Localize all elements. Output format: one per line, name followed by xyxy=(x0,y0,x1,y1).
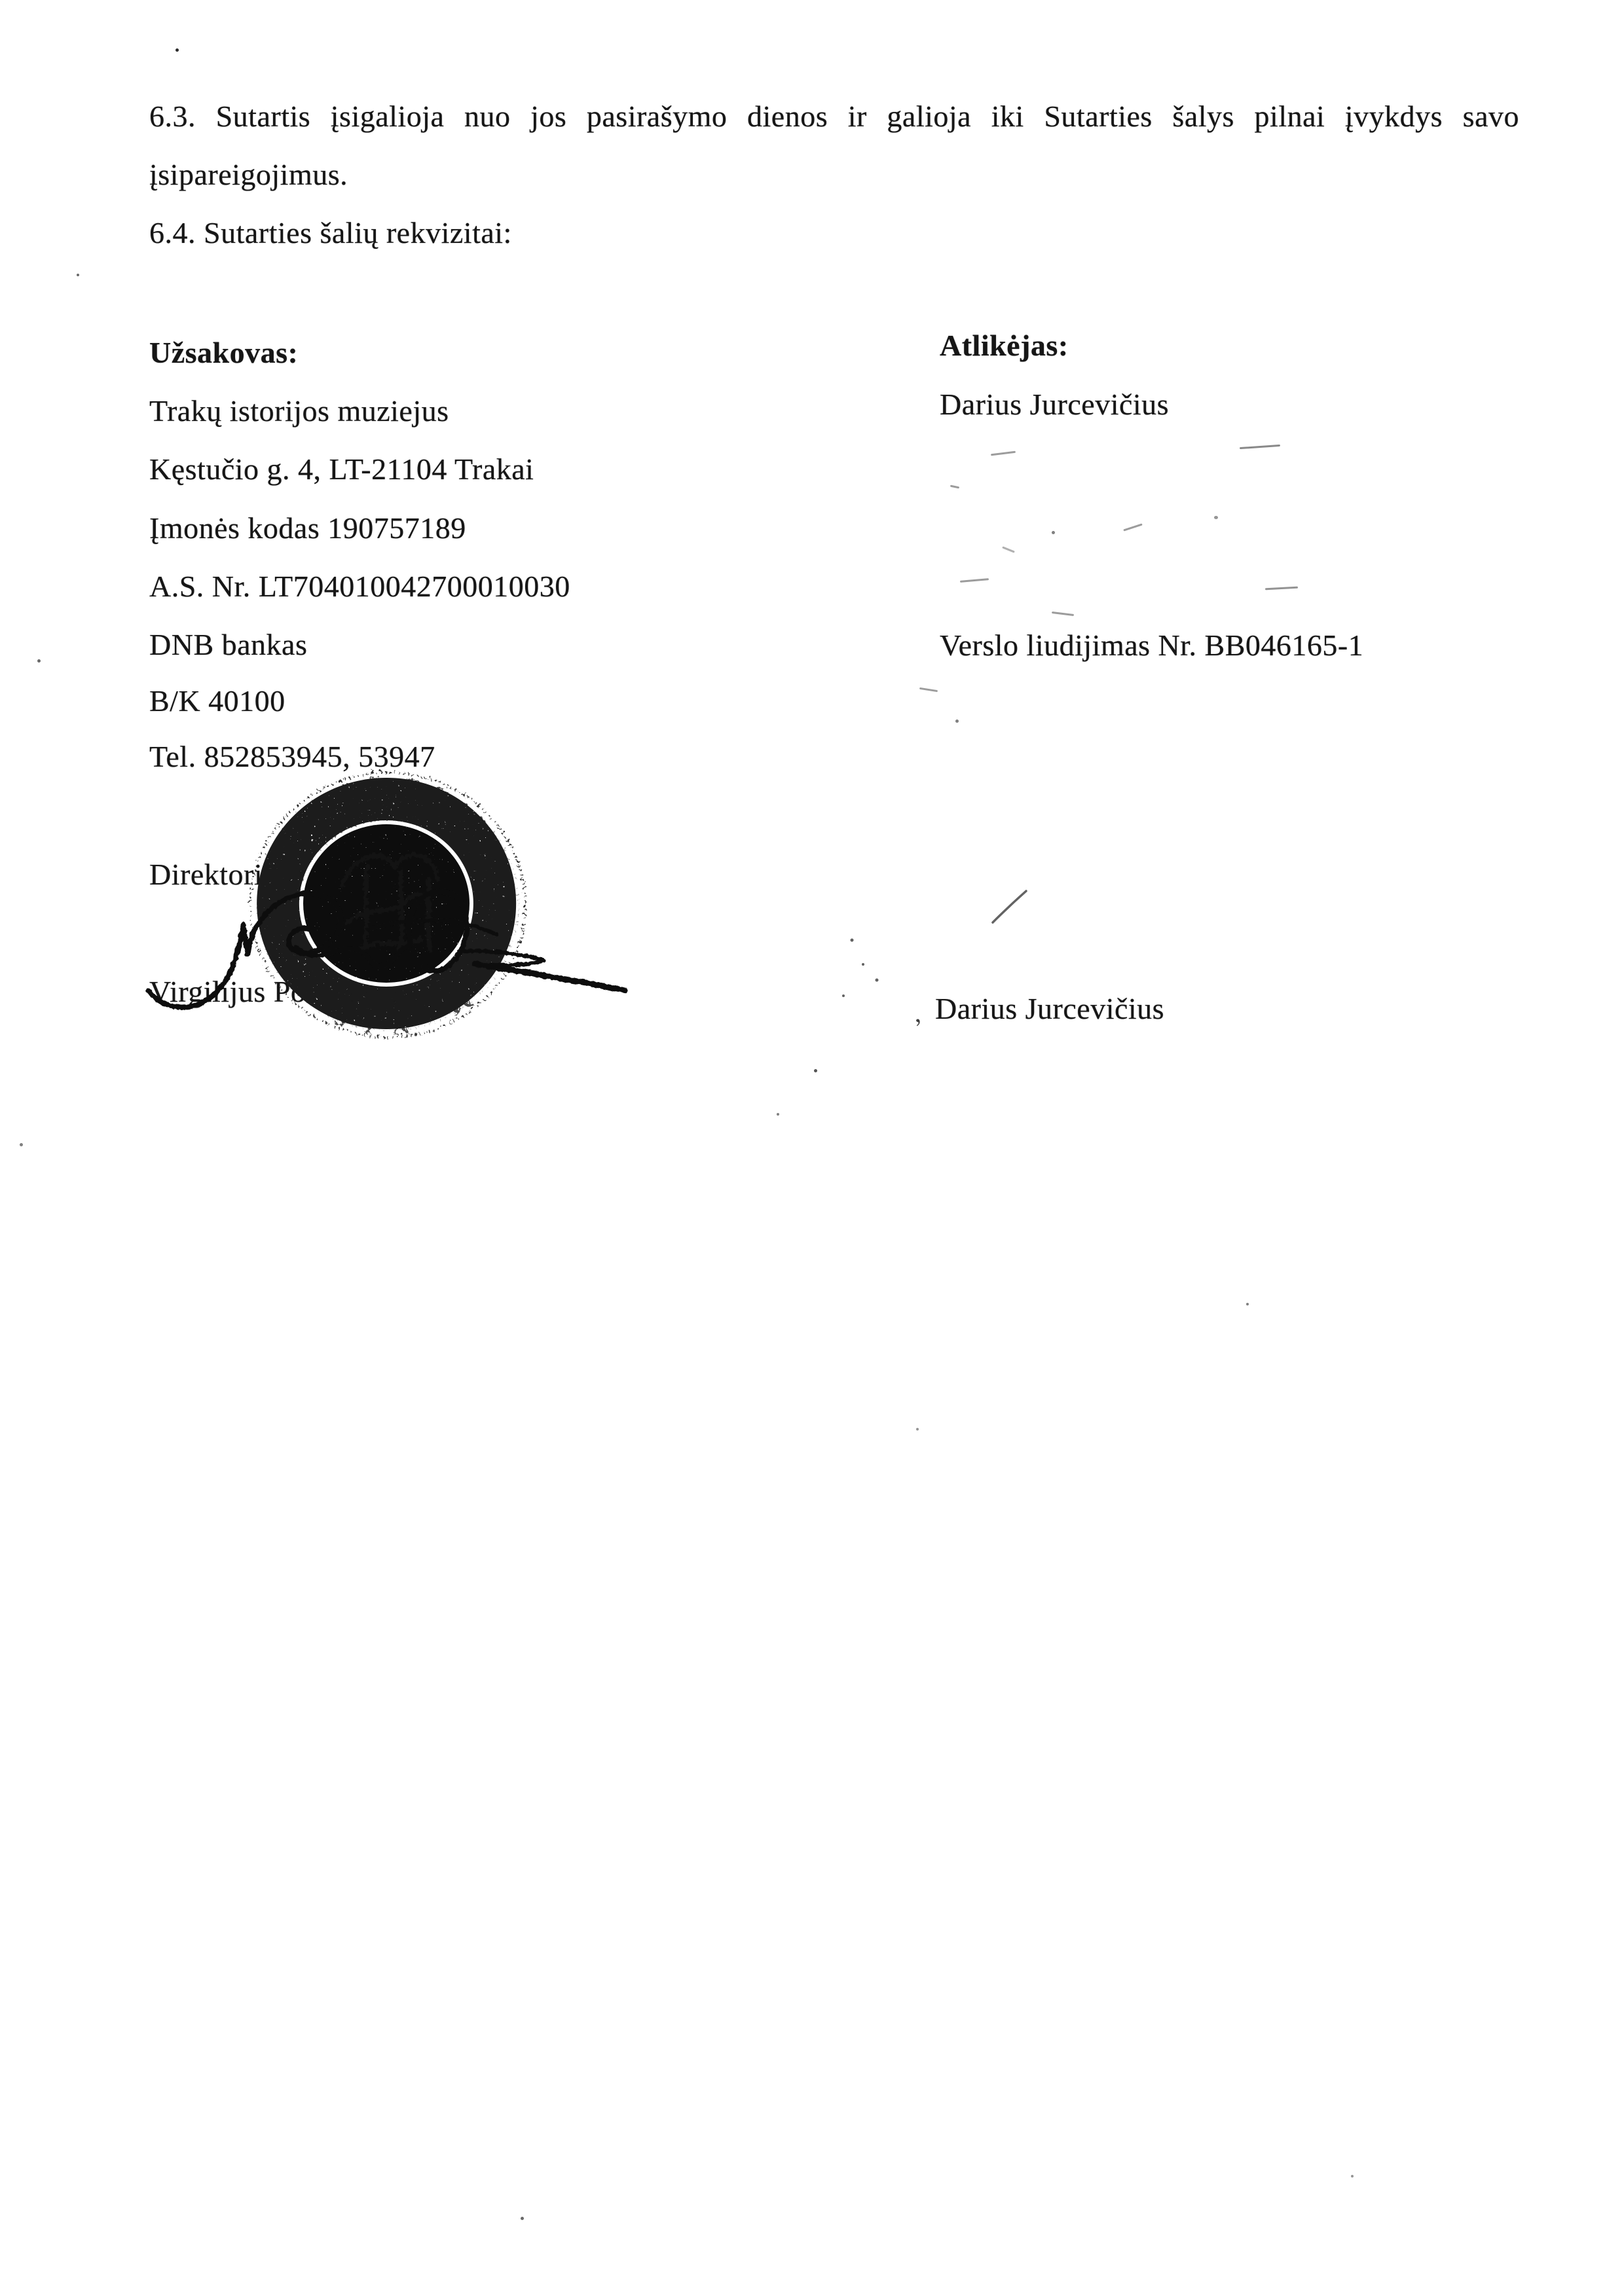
round-seal-stamp: LIETUVOS RESPUBLIK M NIS xyxy=(0,0,524,1039)
scanned-contract-page: 6.3. Sutartis įsigalioja nuo jos pasiraš… xyxy=(0,0,1624,2296)
stamp-grain xyxy=(257,778,516,1029)
contractor-signature-mark xyxy=(842,891,1026,997)
stamp-and-signature-overlay: LIETUVOS RESPUBLIK M NIS xyxy=(0,0,1624,2296)
